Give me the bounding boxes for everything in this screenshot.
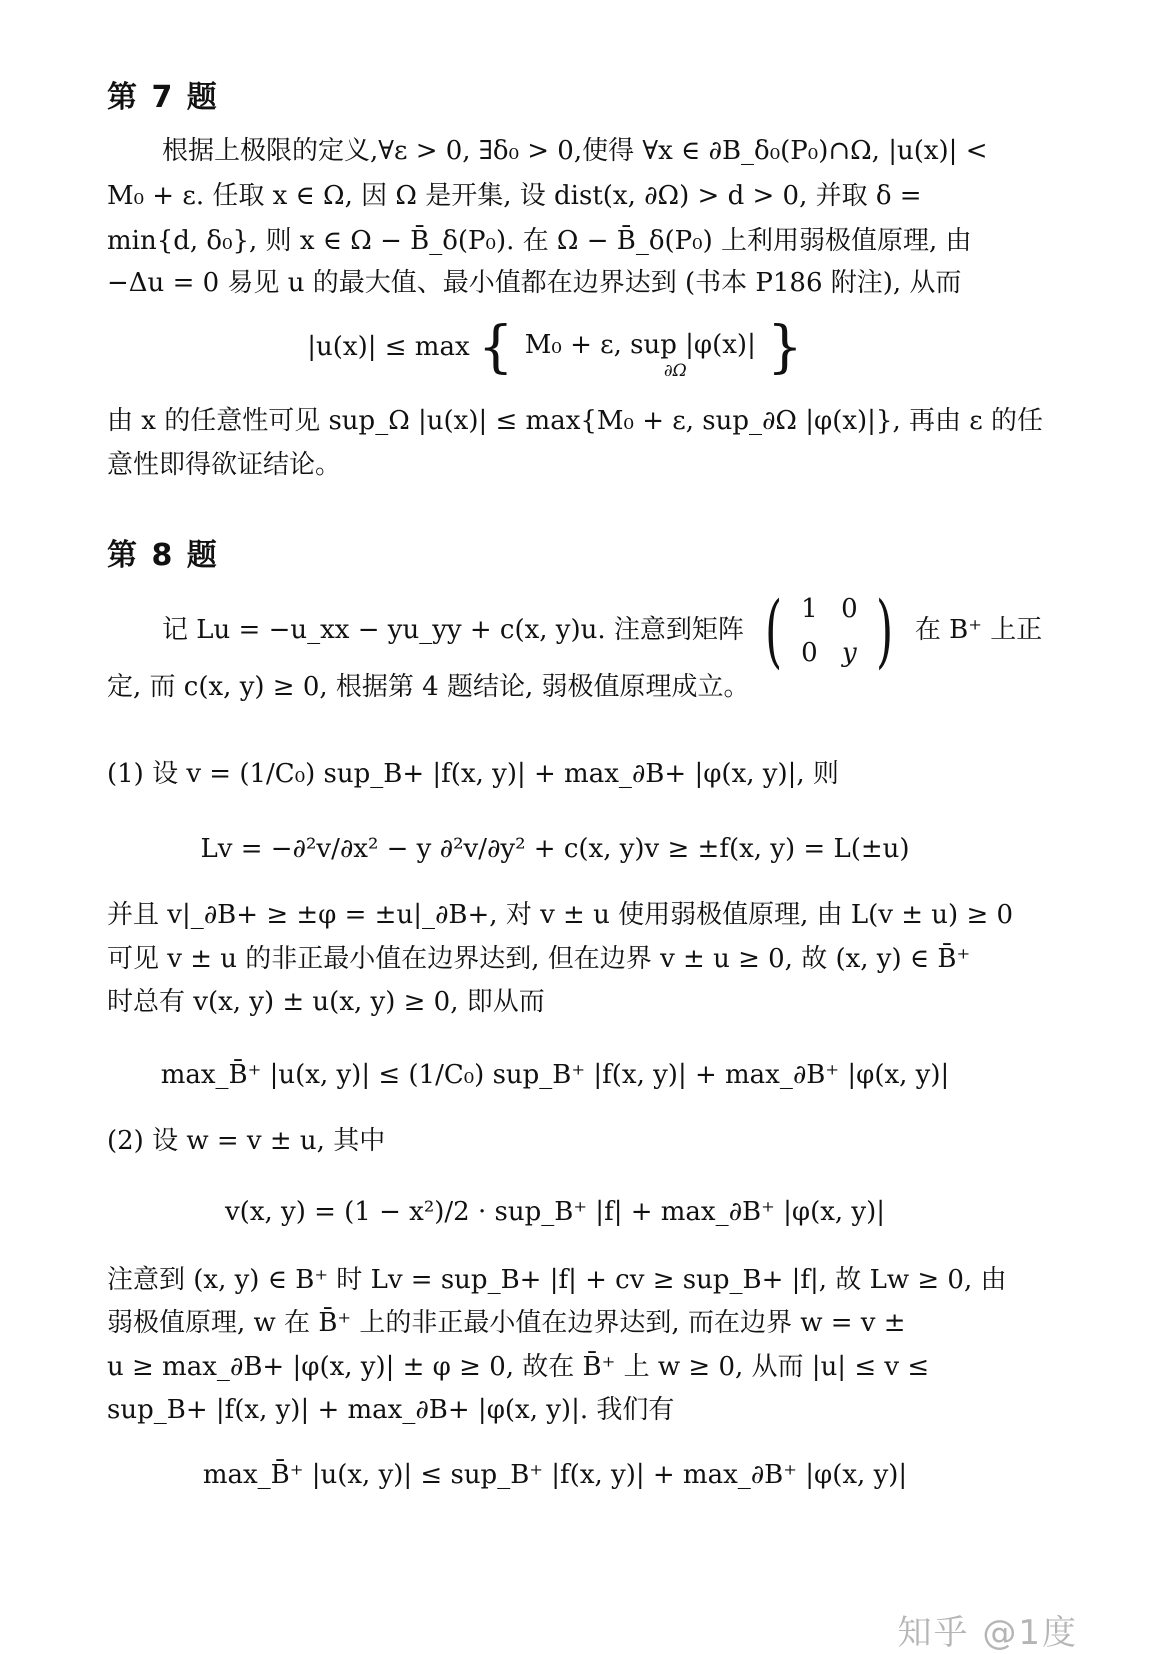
p8-line-1a: 记 Lu = −u_xx − yu_yy + c(x, y)u. 注意到矩阵 xyxy=(162,615,744,645)
p7-equation-1: |u(x)| ≤ max { M₀ + ε, sup |φ(x)| ∂Ω } xyxy=(0,328,1110,380)
p7-line-1: 根据上极限的定义,∀ε > 0, ∃δ₀ > 0,使得 ∀x ∈ ∂B_δ₀(P… xyxy=(162,134,987,168)
p7-line-5: 由 x 的任意性可见 sup_Ω |u(x)| ≤ max{M₀ + ε, su… xyxy=(107,404,1043,438)
matrix: ( 1 0 0 y ) xyxy=(758,591,900,671)
p8-part2-line-4: u ≥ max_∂B+ |φ(x, y)| ± φ ≥ 0, 故在 B̄⁺ 上 … xyxy=(107,1350,929,1384)
matrix-cells: 1 0 0 y xyxy=(789,592,869,670)
p7-line-6: 意性即得欲证结论。 xyxy=(107,448,341,482)
matrix-cell: 0 xyxy=(789,636,829,670)
right-brace: } xyxy=(767,315,803,380)
p7-line-4: −Δu = 0 易见 u 的最大值、最小值都在边界达到 (书本 P186 附注)… xyxy=(107,266,961,300)
matrix-left-paren: ( xyxy=(765,591,782,671)
document-page: 第 7 题 根据上极限的定义,∀ε > 0, ∃δ₀ > 0,使得 ∀x ∈ ∂… xyxy=(0,0,1166,1654)
matrix-cell: y xyxy=(829,636,869,670)
left-brace: { xyxy=(478,315,514,380)
matrix-cell: 1 xyxy=(789,592,829,626)
p8-part2-line-1: (2) 设 w = v ± u, 其中 xyxy=(107,1124,385,1158)
p8-equation-4: v(x, y) = (1 − x²)/2 · sup_B⁺ |f| + max_… xyxy=(0,1195,1110,1229)
p7-line-3: min{d, δ₀}, 则 x ∈ Ω − B̄_δ(P₀). 在 Ω − B̄… xyxy=(107,224,972,258)
matrix-cell: 0 xyxy=(829,592,869,626)
p8-part2-line-5: sup_B+ |f(x, y)| + max_∂B+ |φ(x, y)|. 我们… xyxy=(107,1393,674,1427)
p8-line-1b: 在 B⁺ 上正 xyxy=(915,615,1042,645)
problem-7-heading: 第 7 题 xyxy=(107,72,219,116)
p8-part1-line-1: (1) 设 v = (1/C₀) sup_B+ |f(x, y)| + max_… xyxy=(107,757,839,791)
eq1-body: M₀ + ε, sup |φ(x)| ∂Ω xyxy=(525,328,756,380)
p8-part2-line-2: 注意到 (x, y) ∈ B⁺ 时 Lv = sup_B+ |f| + cv ≥… xyxy=(107,1263,1006,1297)
zhihu-watermark: 知乎 @1度 xyxy=(898,1605,1078,1654)
eq1-sub: ∂Ω xyxy=(664,362,687,380)
p8-part2-line-3: 弱极值原理, w 在 B̄⁺ 上的非正最小值在边界达到, 而在边界 w = v … xyxy=(107,1306,906,1340)
eq1-lhs: |u(x)| ≤ max xyxy=(307,332,469,362)
matrix-right-paren: ) xyxy=(876,591,893,671)
p8-part1-line-2: 并且 v|_∂B+ ≥ ±φ = ±u|_∂B+, 对 v ± u 使用弱极值原… xyxy=(107,898,1013,932)
problem-8-heading: 第 8 题 xyxy=(107,530,219,574)
p8-equation-5: max_B̄⁺ |u(x, y)| ≤ sup_B⁺ |f(x, y)| + m… xyxy=(0,1458,1110,1492)
p7-line-2: M₀ + ε. 任取 x ∈ Ω, 因 Ω 是开集, 设 dist(x, ∂Ω)… xyxy=(107,179,922,213)
p8-line-1: 记 Lu = −u_xx − yu_yy + c(x, y)u. 注意到矩阵 (… xyxy=(162,590,1042,671)
eq1-inner: M₀ + ε, sup |φ(x)| xyxy=(525,328,756,362)
p8-equation-2: Lv = −∂²v/∂x² − y ∂²v/∂y² + c(x, y)v ≥ ±… xyxy=(0,832,1110,866)
p8-part1-line-4: 时总有 v(x, y) ± u(x, y) ≥ 0, 即从而 xyxy=(107,985,545,1019)
p8-line-2: 定, 而 c(x, y) ≥ 0, 根据第 4 题结论, 弱极值原理成立。 xyxy=(107,670,750,704)
p8-equation-3: max_B̄⁺ |u(x, y)| ≤ (1/C₀) sup_B⁺ |f(x, … xyxy=(0,1058,1110,1092)
p8-part1-line-3: 可见 v ± u 的非正最小值在边界达到, 但在边界 v ± u ≥ 0, 故 … xyxy=(107,942,970,976)
